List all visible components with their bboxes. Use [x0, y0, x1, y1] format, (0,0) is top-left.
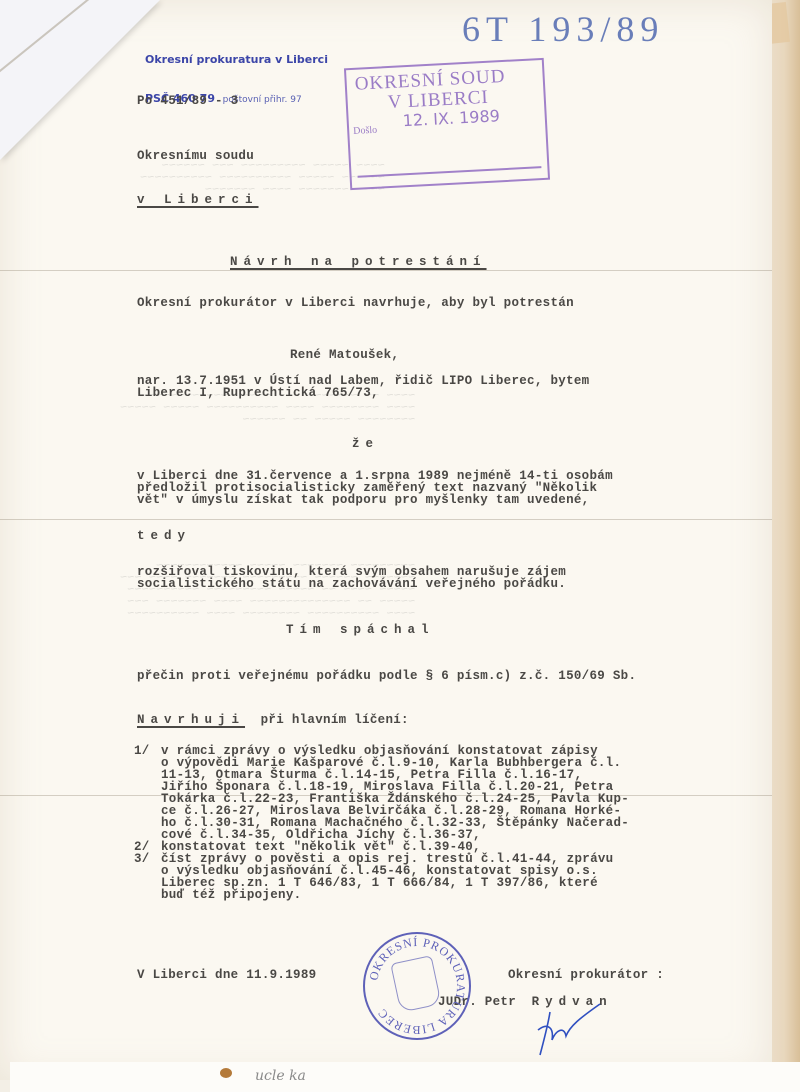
document-page: ~~~~ ~~~~~ ~~~~~~~~~ ~~~ ~~~~~~ ~~~~~~ ~…: [0, 0, 772, 1080]
proposal-item-number: 1/: [134, 745, 150, 757]
court-stamp-date-label: Došlo: [353, 125, 377, 137]
accused-name: René Matoušek,: [290, 349, 399, 361]
court-received-stamp: OKRESNÍ SOUD V LIBERCI Došlo 12. IX. 198…: [344, 58, 550, 190]
conjunction-ze: že: [352, 438, 379, 450]
proposal-item-number: 3/: [134, 853, 150, 865]
court-stamp-date: 12. IX. 1989: [402, 106, 500, 130]
paper-crease: [0, 270, 772, 271]
proposal-item-3-line: buď též připojeny.: [161, 889, 301, 901]
closing-place-date: V Liberci dne 11.9.1989: [137, 969, 316, 981]
accused-details-line2: Liberec I, Ruprechtická 765/73,: [137, 387, 379, 399]
court-stamp-signature-line: [358, 166, 542, 178]
offense-statement: přečin proti veřejnému pořádku podle § 6…: [137, 670, 636, 682]
conjunction-tedy: tedy: [137, 530, 191, 542]
paper-crease: [0, 519, 772, 520]
committed-heading: Tím spáchal: [286, 624, 435, 636]
proposal-heading-rest: při hlavním líčení:: [261, 713, 409, 727]
stamp-office-name: Okresní prokuratura v Liberci: [145, 53, 328, 66]
prosecutor-office-stamp: Okresní prokuratura v Liberci PSČ 460 79…: [145, 27, 328, 133]
folded-corner: [0, 0, 160, 160]
document-title: Návrh na potrestání: [230, 256, 487, 268]
facts-line3: vět" v úmyslu získat tak podporu pro myš…: [137, 494, 589, 506]
underlying-sheet-strip: [10, 1062, 800, 1092]
closing-role: Okresní prokurátor :: [508, 969, 664, 981]
handwritten-signature: [530, 1000, 610, 1060]
rust-stain: [220, 1068, 232, 1078]
handwritten-note: ucle ka: [255, 1068, 306, 1084]
effect-line2: socialistického státu na zachovávání veř…: [137, 578, 566, 590]
court-case-number: 6T 193/89: [462, 8, 664, 50]
proposal-heading-line: Navrhuji při hlavním líčení:: [137, 714, 409, 726]
intro-sentence: Okresní prokurátor v Liberci navrhuje, a…: [137, 297, 574, 309]
prosecutor-round-stamp: OKRESNÍ PROKURATURA LIBEREC: [363, 932, 471, 1040]
proposal-heading: Navrhuji: [137, 713, 245, 727]
addressee-line2: v Liberci: [137, 194, 259, 206]
